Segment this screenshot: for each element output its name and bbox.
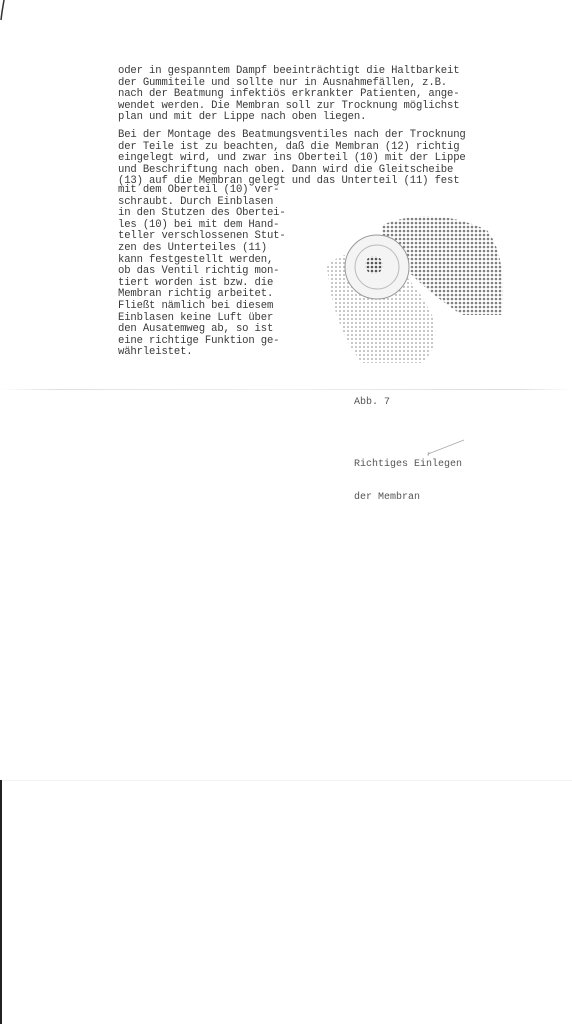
paragraph-drying: oder in gespanntem Dampf beeinträchtigt … [118,66,459,124]
scanned-page: oder in gespanntem Dampf beeinträchtigt … [0,0,572,1024]
caption-line-1: Richtiges Einlegen [354,459,462,470]
paragraph-function-test: mit dem Oberteil (10) ver-schraubt. Durc… [118,185,286,359]
caption-line-2: der Membran [354,492,462,503]
text-line: währleistet. [118,347,286,359]
text-line: zen des Unterteiles (11) [118,243,286,255]
pen-mark [424,438,468,460]
text-line: plan und mit der Lippe nach oben liegen. [118,112,459,124]
text-line: Fließt nämlich bei diesem [118,301,286,313]
text-line: den Ausatemweg ab, so ist [118,324,286,336]
figure-label: Abb. 7 [354,397,462,408]
text-line: ob das Ventil richtig mon- [118,266,286,278]
scan-edge-shadow [0,780,2,1024]
text-line: oder in gespanntem Dampf beeinträchtigt … [118,66,459,78]
text-line: Bei der Montage des Beatmungsventiles na… [118,130,466,142]
paper-fold-line [0,389,572,390]
text-line: mit dem Oberteil (10) ver- [118,185,286,197]
paper-fold-line-lower [0,780,572,781]
paragraph-assembly: Bei der Montage des Beatmungsventiles na… [118,130,466,188]
scan-edge-mark [0,0,6,20]
figure-membrane-photo [322,205,507,365]
